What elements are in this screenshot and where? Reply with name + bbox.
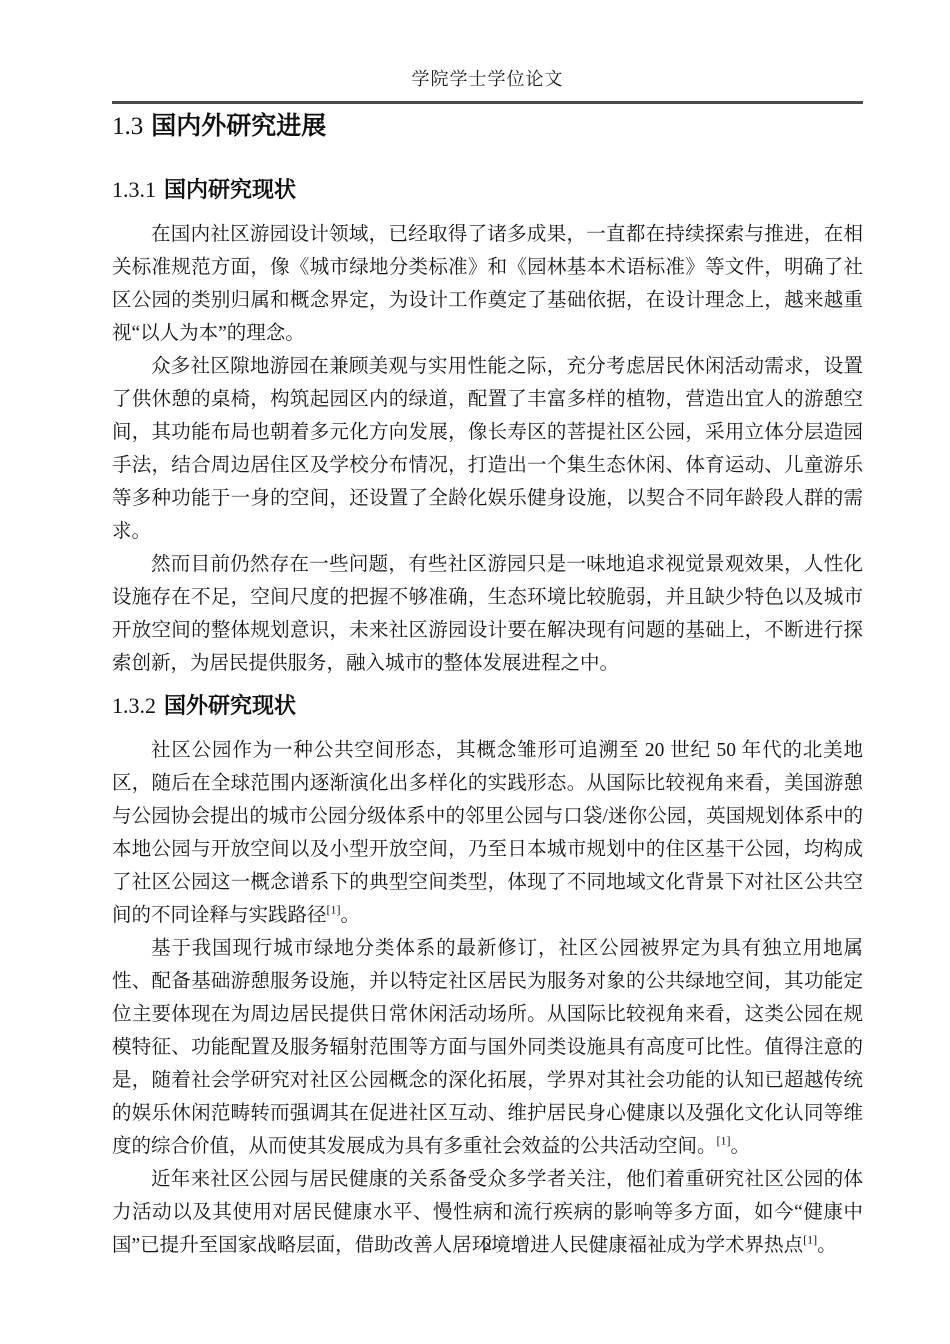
paragraph-domestic-3: 然而目前仍然存在一些问题，有些社区游园只是一味地追求视觉景观效果，人性化设施存在… xyxy=(112,548,863,680)
section-heading: 1.3国内外研究进展 xyxy=(112,111,863,142)
paragraph-text: 然而目前仍然存在一些问题，有些社区游园只是一味地追求视觉景观效果，人性化设施存在… xyxy=(112,554,863,674)
paragraph-text: 社区公园作为一种公共空间形态，其概念雏形可追溯至 20 世纪 50 年代的北美地… xyxy=(112,740,863,926)
section-title: 国内外研究进展 xyxy=(151,112,326,140)
subsection-heading-foreign: 1.3.2国外研究现状 xyxy=(112,692,863,720)
paragraph-text: 基于我国现行城市绿地分类体系的最新修订，社区公园被界定为具有独立用地属性、配备基… xyxy=(112,938,863,1157)
paragraph-text: 。 xyxy=(731,1136,751,1157)
subsection-heading-domestic: 1.3.1国内研究现状 xyxy=(112,176,863,204)
paragraph-text: 。 xyxy=(341,905,361,926)
page-footer: 2 xyxy=(112,1234,863,1255)
section-number: 1.3 xyxy=(112,113,143,140)
paragraph-text: 众多社区隙地游园在兼顾美观与实用性能之际，充分考虑居民休闲活动需求，设置了供休憩… xyxy=(112,356,863,542)
subsection-title: 国外研究现状 xyxy=(164,693,296,718)
paragraph-domestic-2: 众多社区隙地游园在兼顾美观与实用性能之际，充分考虑居民休闲活动需求，设置了供休憩… xyxy=(112,350,863,548)
paragraph-text: 在国内社区游园设计领域，已经取得了诸多成果，一直都在持续探索与推进，在相关标准规… xyxy=(112,224,863,344)
page-number: 2 xyxy=(483,1234,492,1254)
citation-superscript: [1] xyxy=(327,903,341,917)
page-body: 1.3国内外研究进展 1.3.1国内研究现状 在国内社区游园设计领域，已经取得了… xyxy=(112,0,863,1262)
document-page: 学院学士学位论文 1.3国内外研究进展 1.3.1国内研究现状 在国内社区游园设… xyxy=(0,0,950,1344)
subsection-title: 国内研究现状 xyxy=(164,177,296,202)
subsection-number: 1.3.1 xyxy=(112,177,156,202)
subsection-number: 1.3.2 xyxy=(112,693,156,718)
paragraph-foreign-1: 社区公园作为一种公共空间形态，其概念雏形可追溯至 20 世纪 50 年代的北美地… xyxy=(112,734,863,932)
paragraph-foreign-2: 基于我国现行城市绿地分类体系的最新修订，社区公园被界定为具有独立用地属性、配备基… xyxy=(112,932,863,1163)
paragraph-domestic-1: 在国内社区游园设计领域，已经取得了诸多成果，一直都在持续探索与推进，在相关标准规… xyxy=(112,218,863,350)
citation-superscript: [1] xyxy=(717,1134,731,1148)
